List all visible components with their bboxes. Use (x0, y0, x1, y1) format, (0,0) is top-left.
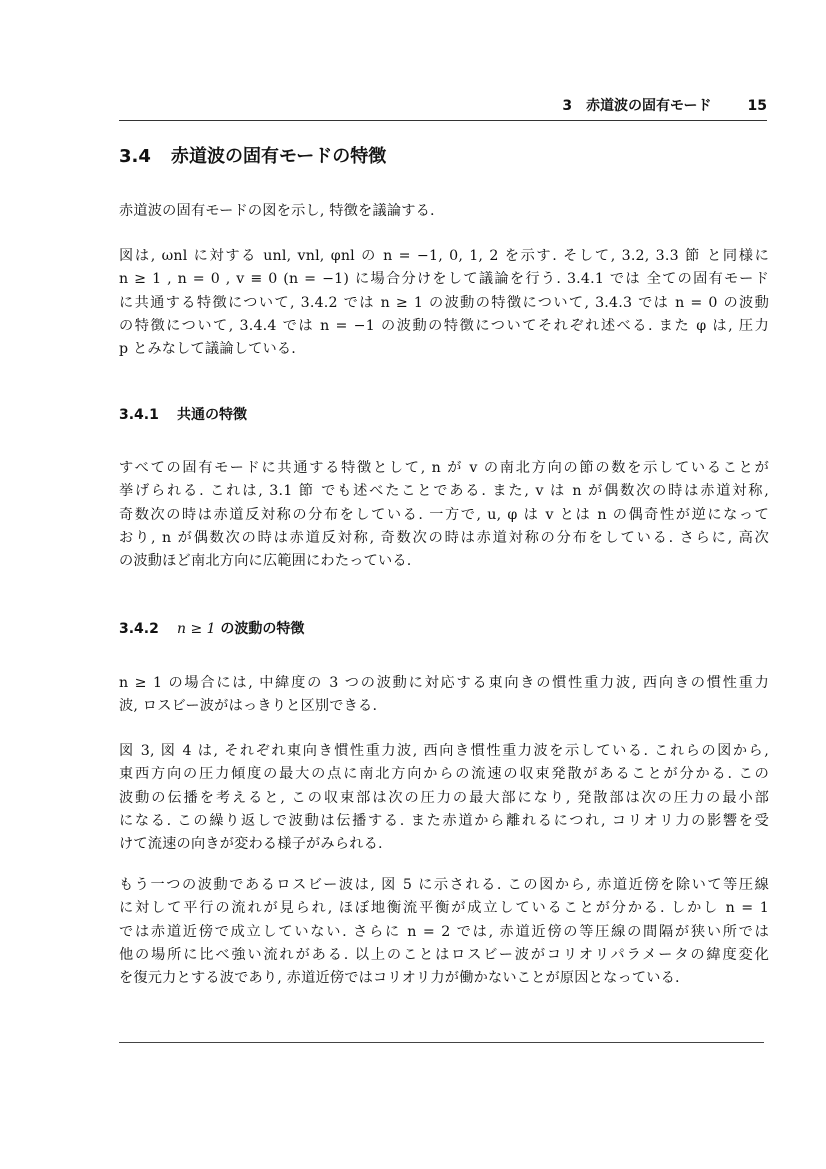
subsection-title: の波動の特徴 (216, 621, 305, 637)
paragraph-line: 赤道波の固有モードの図を示し, 特徴を議論する. (119, 200, 769, 223)
paragraph-line: おり, n が偶数次の時は赤道反対称, 奇数次の時は赤道対称の分布をしている. … (119, 527, 769, 550)
paragraph-line: けて流速の向きが変わる様子がみられる. (119, 833, 769, 856)
paragraph-line: p とみなして議論している. (119, 338, 769, 361)
rossby-wave-paragraph: もう一つの波動であるロスビー波は, 図 5 に示される. この図から, 赤道近傍… (119, 874, 769, 990)
header-chapter-number: 3 (562, 98, 572, 114)
running-header: 3赤道波の固有モード15 (119, 96, 767, 121)
paragraph-line: 図 3, 図 4 は, それぞれ東向き慣性重力波, 西向き慣性重力波を示している… (119, 740, 769, 763)
paragraph-line: n ≥ 1 , n = 0 , v ≡ 0 (n = −1) に場合分けをして議… (119, 268, 769, 291)
paragraph-line: もう一つの波動であるロスビー波は, 図 5 に示される. この図から, 赤道近傍… (119, 874, 769, 897)
paragraph-line: を復元力とする波であり, 赤道近傍ではコリオリ力が働かないことが原因となっている… (119, 967, 769, 990)
subsection-heading-342: 3.4.2n ≥ 1 の波動の特徴 (119, 620, 304, 638)
section-overview-paragraph: 図は, ωnl に対する unl, vnl, φnl の n = −1, 0, … (119, 245, 769, 361)
section-number: 3.4 (119, 146, 171, 168)
paragraph-line: に対して平行の流れが見られ, ほぼ地衡流平衡が成立していることが分かる. しかし… (119, 897, 769, 920)
footer-rule (119, 1042, 764, 1043)
paragraph-line: 他の場所に比べ強い流れがある. 以上のことはロスビー波がコリオリパラメータの緯度… (119, 944, 769, 967)
paragraph-line: では赤道近傍で成立していない. さらに n = 2 では, 赤道近傍の等圧線の間… (119, 921, 769, 944)
header-chapter-title: 赤道波の固有モード (586, 98, 711, 114)
paragraph-line: すべての固有モードに共通する特徴として, n が v の南北方向の節の数を示して… (119, 457, 769, 480)
section-heading: 3.4赤道波の固有モードの特徴 (119, 146, 386, 168)
header-page-number: 15 (748, 98, 767, 114)
section-title: 赤道波の固有モードの特徴 (171, 146, 386, 167)
paragraph-line: になる. この繰り返しで波動は伝播する. また赤道から離れるにつれ, コリオリ力… (119, 810, 769, 833)
common-features-paragraph: すべての固有モードに共通する特徴として, n が v の南北方向の節の数を示して… (119, 457, 769, 573)
subsection-number: 3.4.2 (119, 620, 177, 638)
paragraph-line: 波, ロスビー波がはっきりと区別できる. (119, 695, 769, 718)
paragraph-line: 挙げられる. これは, 3.1 節 でも述べたことである. また, v は n … (119, 480, 769, 503)
paragraph-line: 奇数次の時は赤道反対称の分布をしている. 一方で, u, φ は v とは n … (119, 504, 769, 527)
paragraph-line: 東西方向の圧力傾度の最大の点に南北方向からの流速の収束発散があることが分かる. … (119, 763, 769, 786)
section-intro-paragraph: 赤道波の固有モードの図を示し, 特徴を議論する. (119, 200, 769, 223)
paragraph-line: に共通する特徴について, 3.4.2 では n ≥ 1 の波動の特徴について, … (119, 292, 769, 315)
paragraph-line: の特徴について, 3.4.4 では n = −1 の波動の特徴についてそれぞれ述… (119, 315, 769, 338)
paragraph-line: 図は, ωnl に対する unl, vnl, φnl の n = −1, 0, … (119, 245, 769, 268)
paragraph-line: の波動ほど南北方向に広範囲にわたっている. (119, 550, 769, 573)
paragraph-line: n ≥ 1 の場合には, 中緯度の 3 つの波動に対応する東向きの慣性重力波, … (119, 672, 769, 695)
subsection-title-math: n ≥ 1 (177, 621, 216, 637)
subsection-heading-341: 3.4.1共通の特徴 (119, 406, 247, 424)
gravity-waves-paragraph: 図 3, 図 4 は, それぞれ東向き慣性重力波, 西向き慣性重力波を示している… (119, 740, 769, 856)
subsection-title: 共通の特徴 (177, 407, 247, 423)
paragraph-line: 波動の伝播を考えると, この収束部は次の圧力の最大部になり, 発散部は次の圧力の… (119, 787, 769, 810)
n-ge-1-intro-paragraph: n ≥ 1 の場合には, 中緯度の 3 つの波動に対応する東向きの慣性重力波, … (119, 672, 769, 719)
subsection-number: 3.4.1 (119, 406, 177, 424)
